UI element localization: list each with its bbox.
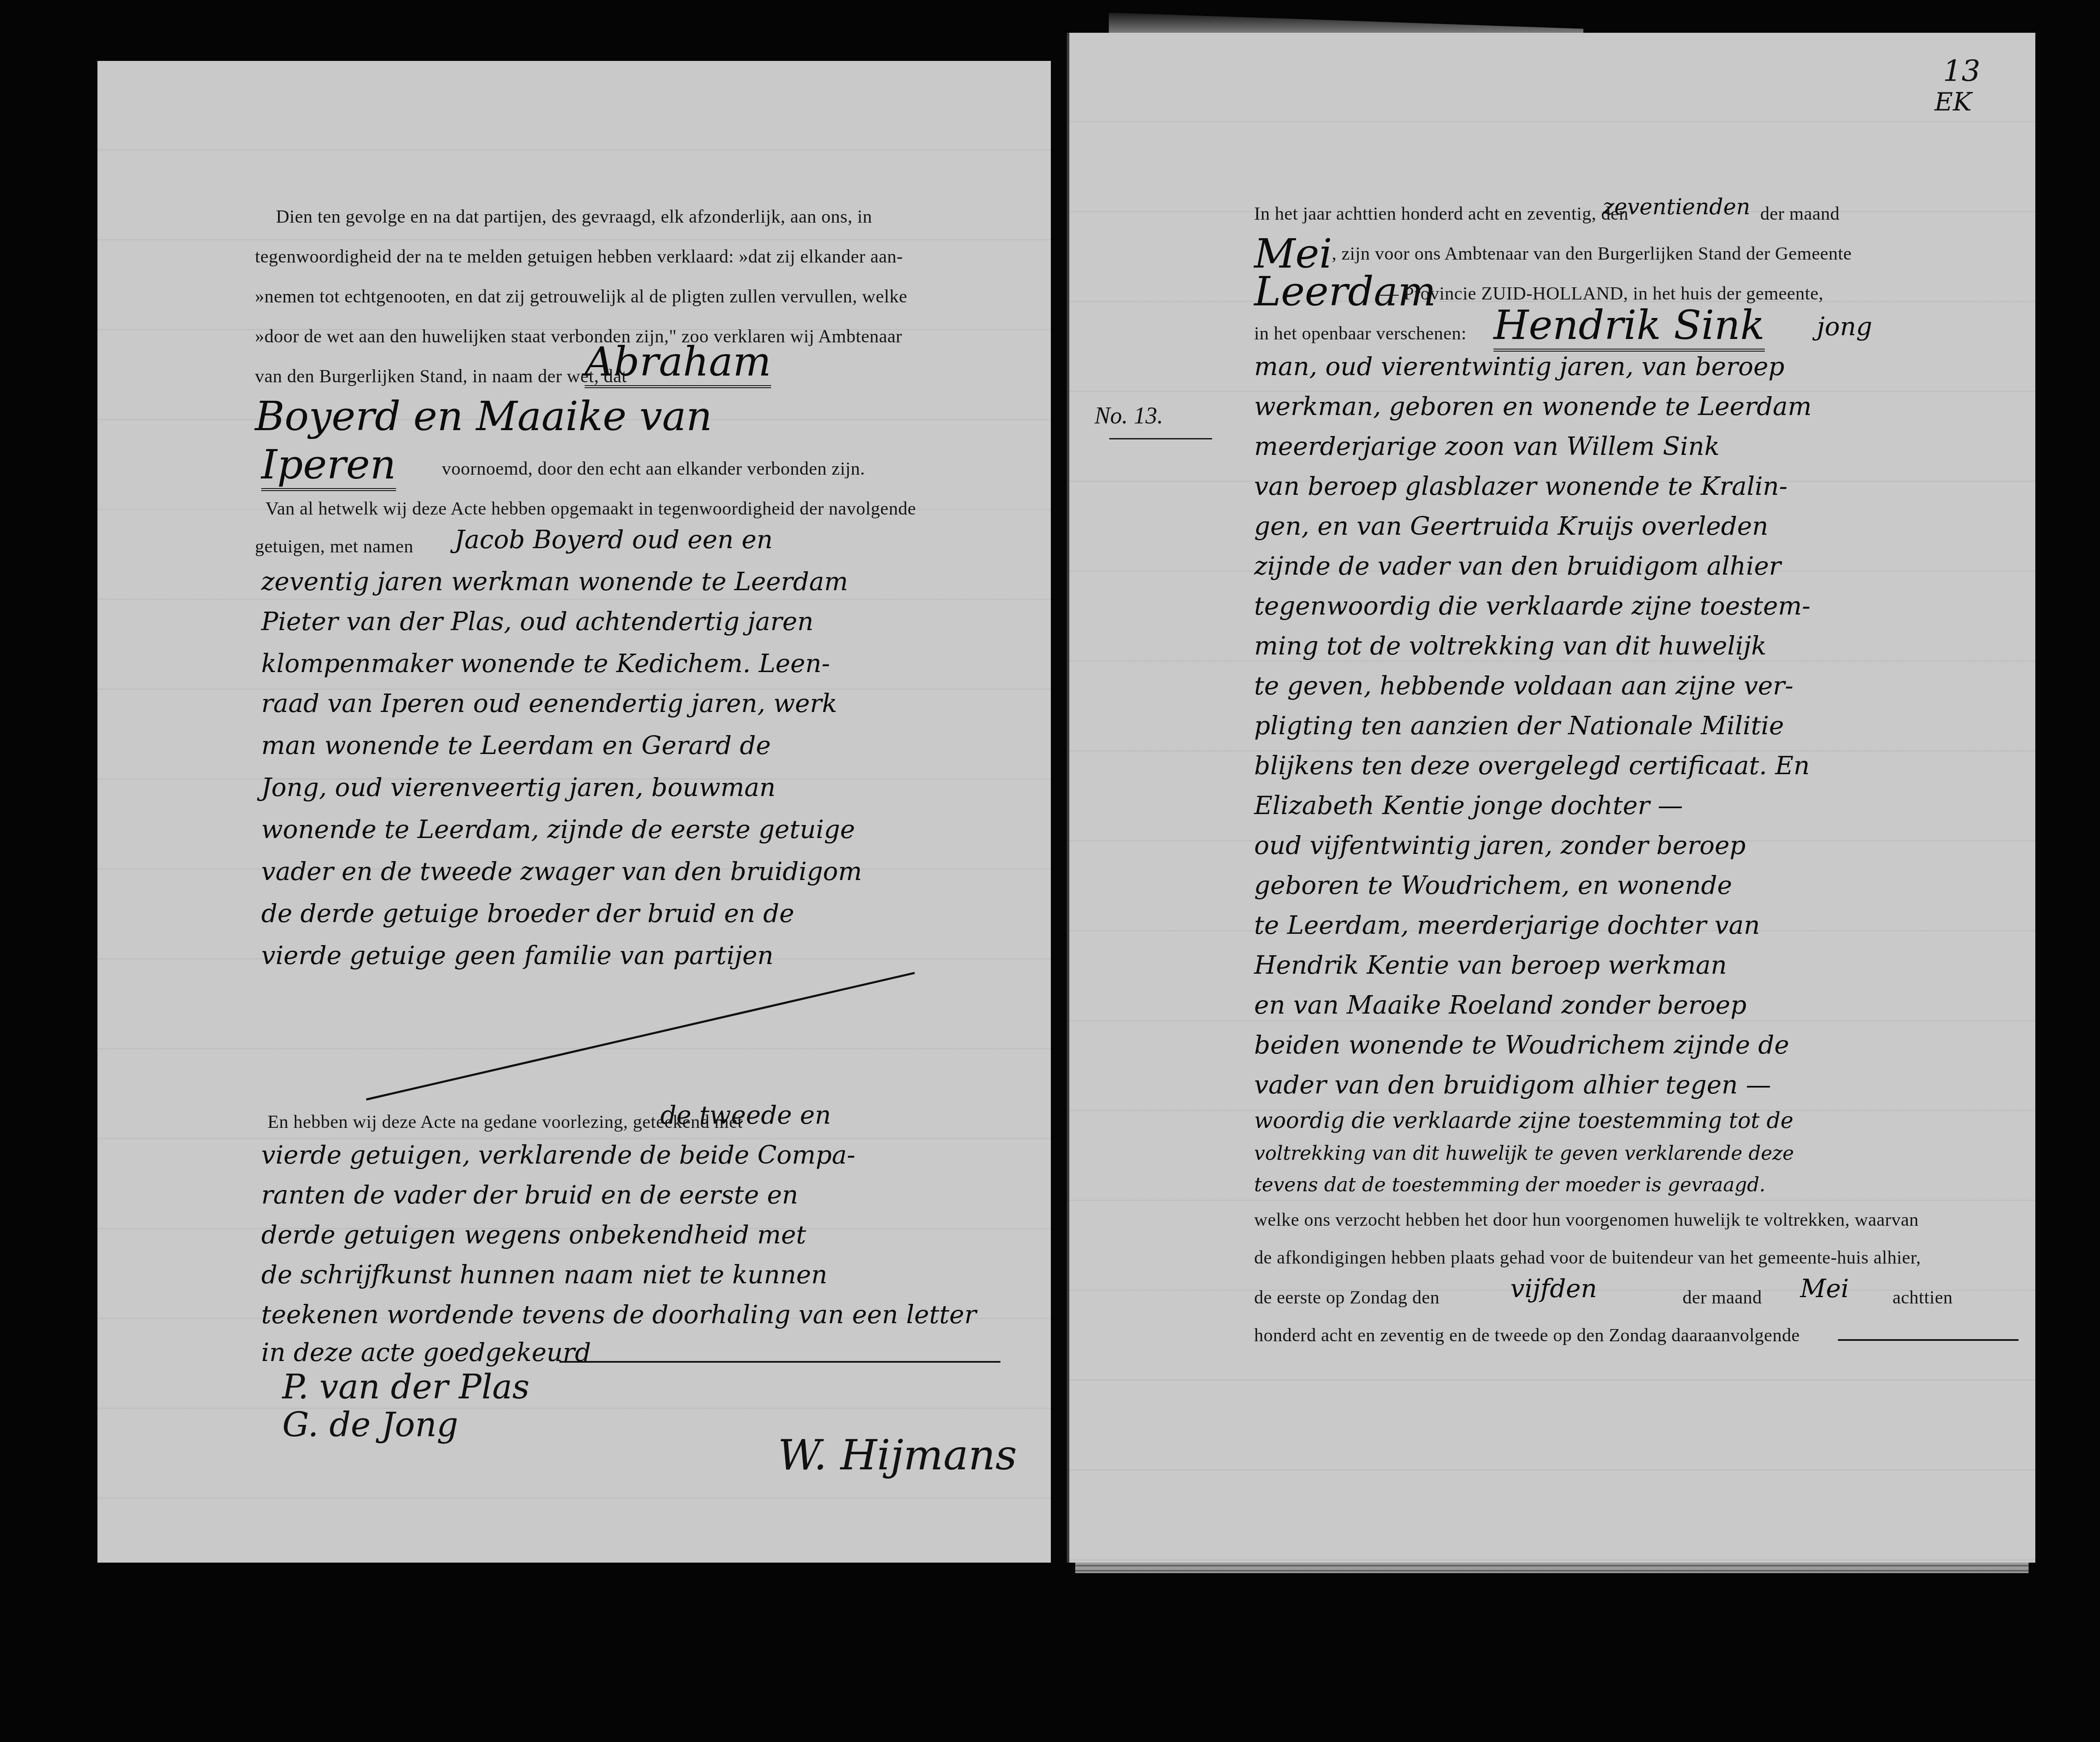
act-number: No. 13. (1095, 402, 1163, 429)
couple-names-handwritten: Boyerd en Maaike van (255, 393, 712, 440)
witness-line: wonende te Leerdam, zijnde de eerste get… (261, 815, 855, 844)
witness-line: vader en de tweede zwager van den bruidi… (261, 857, 862, 886)
witness-line: man wonende te Leerdam en Gerard de (261, 731, 771, 760)
body-line: gen, en van Geertruida Kruijs overleden (1254, 512, 1768, 541)
signing-line: de tweede en (660, 1101, 831, 1130)
witness-line: de derde getuige broeder der bruid en de (261, 899, 794, 928)
signing-line: ranten de vader der bruid en de eerste e… (261, 1180, 798, 1210)
printed-line: welke ons verzocht hebben het door hun v… (1254, 1209, 1919, 1230)
bride-line: Elizabeth Kentie jonge dochter — (1254, 791, 1683, 820)
body-line: vader van den bruidigom alhier tegen — (1254, 1070, 1771, 1100)
printed-line: In het jaar achttien honderd acht en zev… (1254, 203, 1628, 224)
printed-line: van den Burgerlijken Stand, in naam der … (255, 365, 627, 387)
printed-line: Dien ten gevolge en na dat partijen, des… (276, 206, 872, 227)
printed-line: Van al hetwelk wij deze Acte hebben opge… (265, 498, 916, 519)
witness-line: raad van Iperen oud eenendertig jaren, w… (261, 689, 837, 718)
body-line: zijnde de vader van den bruidigom alhier (1254, 552, 1781, 581)
witness-signature: P. van der Plas (282, 1367, 530, 1406)
body-line: voltrekking van dit huwelijk te geven ve… (1254, 1142, 1794, 1164)
printed-line: honderd acht en zeventig en de tweede op… (1254, 1324, 1800, 1346)
witness-line: zeventig jaren werkman wonende te Leerda… (261, 567, 848, 596)
printed-line: — Provincie ZUID-HOLLAND, in het huis de… (1380, 283, 1824, 304)
body-line: geboren te Woudrichem, en wonende (1254, 871, 1732, 900)
witness-line: vierde getuige geen familie van partijen (261, 941, 774, 970)
fill-rule (559, 1361, 1000, 1363)
body-line: jong (1817, 312, 1872, 342)
printed-line: , zijn voor ons Ambtenaar van den Burger… (1332, 243, 1852, 264)
body-line: te geven, hebbende voldaan aan zijne ver… (1254, 671, 1793, 701)
witness-line: Jong, oud vierenveertig jaren, bouwman (261, 773, 776, 802)
signing-line: de schrijfkunst hunnen naam niet te kunn… (261, 1260, 827, 1290)
body-line: beiden wonende te Woudrichem zijnde de (1254, 1030, 1789, 1060)
body-line: pligting ten aanzien der Nationale Milit… (1254, 711, 1784, 741)
body-line: meerderjarige zoon van Willem Sink (1254, 432, 1719, 461)
signing-line: teekenen wordende tevens de doorhaling v… (261, 1300, 976, 1329)
printed-line: de afkondigingen hebben plaats gehad voo… (1254, 1247, 1921, 1268)
body-line: van beroep glasblazer wonende te Kralin- (1254, 472, 1788, 501)
signing-line: vierde getuigen, verklarende de beide Co… (261, 1140, 856, 1170)
act-number-rule (1109, 438, 1212, 439)
printed-line: »door de wet aan den huwelijken staat ve… (255, 326, 902, 347)
body-line: te Leerdam, meerderjarige dochter van (1254, 911, 1760, 940)
body-line: tevens dat de toestemming der moeder is … (1254, 1173, 1765, 1196)
page-number: 13 (1943, 54, 1980, 88)
body-line: ming tot de voltrekking van dit huwelijk (1254, 631, 1767, 661)
signing-line: derde getuigen wegens onbekendheid met (261, 1220, 806, 1250)
signing-line: in deze acte goedgekeurd (261, 1338, 591, 1367)
body-line: werkman, geboren en wonende te Leerdam (1254, 392, 1812, 421)
witness-line: Pieter van der Plas, oud achtendertig ja… (261, 607, 814, 636)
body-line: man, oud vierentwintig jaren, van beroep (1254, 352, 1785, 381)
printed-line: getuigen, met namen (255, 536, 413, 557)
fill-rule (1838, 1339, 2019, 1341)
printed-line: »nemen tot echtgenooten, en dat zij getr… (255, 286, 907, 307)
official-signature: W. Hijmans (778, 1430, 1017, 1479)
body-line: en van Maaike Roeland zonder beroep (1254, 991, 1746, 1020)
marriage-day-handwritten: zeventienden (1603, 194, 1750, 220)
page-initials: EK (1935, 87, 1972, 117)
body-line: woordig die verklaarde zijne toestemming… (1254, 1108, 1793, 1133)
printed-line: achttien (1893, 1287, 1953, 1308)
body-line: oud vijfentwintig jaren, zonder beroep (1254, 831, 1746, 860)
body-line: tegenwoordig die verklaarde zijne toeste… (1254, 591, 1811, 621)
banns-day-handwritten: vijfden (1510, 1274, 1597, 1303)
printed-line: de eerste op Zondag den (1254, 1287, 1440, 1308)
witness-line: Jacob Boyerd oud een en (454, 525, 773, 554)
bride-surname-handwritten: Iperen (261, 441, 396, 491)
banns-month-handwritten: Mei (1800, 1274, 1849, 1303)
printed-line: tegenwoordigheid der na te melden getuig… (255, 246, 903, 267)
witness-line: klompenmaker wonende te Kedichem. Leen- (261, 649, 830, 678)
cancel-stroke (366, 972, 915, 1101)
groom-name-handwritten: Hendrik Sink (1494, 302, 1765, 352)
witness-signature: G. de Jong (282, 1405, 458, 1444)
right-page: 13 EK No. 13. In het jaar achttien honde… (1067, 33, 2035, 1563)
printed-line: in het openbaar verschenen: (1254, 323, 1467, 344)
body-line: blijkens ten deze overgelegd certificaat… (1254, 751, 1810, 780)
body-line: Hendrik Kentie van beroep werkman (1254, 951, 1727, 980)
printed-line: der maand (1683, 1287, 1762, 1308)
book-top-edge (1109, 13, 1583, 33)
groom-name-handwritten: Abraham (585, 338, 771, 388)
printed-line: der maand (1760, 203, 1840, 224)
printed-line: voornoemd, door den echt aan elkander ve… (442, 458, 865, 479)
left-page: Dien ten gevolge en na dat partijen, des… (97, 61, 1051, 1563)
